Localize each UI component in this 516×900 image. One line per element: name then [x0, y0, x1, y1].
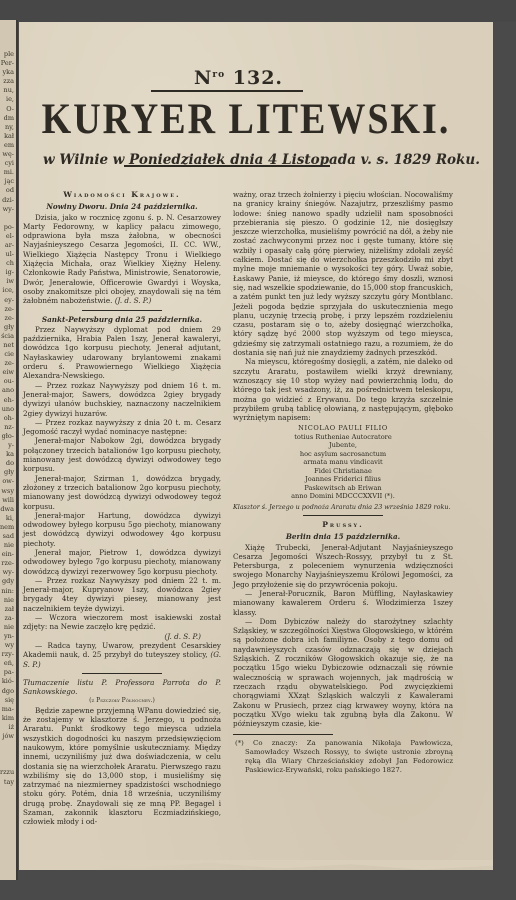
adjacent-page-line-fragment: rzy- [0, 650, 16, 659]
section-heading-domestic-news: Wiadomości Krajowe. [23, 190, 221, 199]
adjacent-page-line-fragment: wsy [0, 487, 16, 496]
adjacent-page-line-fragment: pa- [0, 668, 16, 677]
adjacent-page-line-fragment: wy- [0, 568, 16, 577]
adjacent-page-line-fragment: jów [0, 732, 16, 741]
adjacent-page-line-fragment: O- [0, 105, 16, 114]
adjacent-page-line-fragment: ig- [0, 268, 16, 277]
adjacent-page-line-fragment: gło- [0, 432, 16, 441]
adjacent-page-line-fragment: ey- [0, 296, 16, 305]
article-source: (J. d. S. P.) [23, 632, 221, 641]
adjacent-page-line-fragment: cie [0, 350, 16, 359]
footnote: (*) Co znaczy: Za panowania Nikołaja Paw… [233, 739, 453, 775]
adjacent-page-line-fragment: Per- [0, 59, 16, 68]
adjacent-page-line-fragment: wy [0, 641, 16, 650]
article-paragraph: Jenerał major, Pietrow 1, dowódzca dywiz… [23, 548, 221, 576]
adjacent-page-line-fragment: el- [0, 232, 16, 241]
adjacent-page-line-fragment: em [0, 141, 16, 150]
article-paragraph: Jenerał-major Nabokow 2gi, dowódzca bryg… [23, 436, 221, 473]
article-paragraph: Jenerał-major, Szirman 1, dowódzca bryga… [23, 474, 221, 511]
adjacent-page-line-fragment: ano [0, 386, 16, 395]
adjacent-page-line-fragment: ein- [0, 550, 16, 559]
adjacent-page-line-fragment: dm [0, 114, 16, 123]
adjacent-page-line-fragment: kał [0, 132, 16, 141]
adjacent-page-line-fragment: ze- [0, 314, 16, 323]
adjacent-page-line-fragment: yn- [0, 632, 16, 641]
adjacent-page-line-fragment: wę- [0, 150, 16, 159]
adjacent-page-line-fragment: mi. [0, 168, 16, 177]
article-paragraph: Jenerał-major Hartung, dowódzca dywizyi … [23, 511, 221, 548]
adjacent-page-line-fragment: nz- [0, 423, 16, 432]
article-paragraph: Xiążę Trubecki, Jenerał-Adjutant Nayjaśn… [233, 543, 453, 589]
article-paragraph: — Przez rozkaz Naywyższy pod dniem 22 t.… [23, 576, 221, 613]
adjacent-page-line-fragment: iż [0, 723, 16, 732]
adjacent-page-line-fragment: wy- [0, 205, 16, 214]
adjacent-page-line-fragment: nu, [0, 86, 16, 95]
adjacent-page-line-fragment: ka [0, 450, 16, 459]
adjacent-page-line-fragment: oh- [0, 414, 16, 423]
letter-location-date: Klasztor ś. Jerzego u podnoża Araratu dn… [233, 503, 453, 511]
adjacent-page-line-fragment: kim [0, 714, 16, 723]
article-paragraph: — Przez rozkaz naywyższy z dnia 20 t. m.… [23, 418, 221, 437]
adjacent-page-line-fragment [0, 750, 16, 759]
left-column: Wiadomości Krajowe. Nowiny Dworu. Dnia 2… [23, 190, 221, 827]
adjacent-page-line-fragment: nie [0, 623, 16, 632]
adjacent-page-line-fragment: ou- [0, 377, 16, 386]
adjacent-page-line-fragment: zza [0, 77, 16, 86]
adjacent-page-line-fragment: net [0, 341, 16, 350]
article-paragraph: — Dom Dybiczów należy do starożytney szl… [233, 617, 453, 729]
adjacent-page-line-fragment: jąc [0, 177, 16, 186]
article-paragraph: Na mieyscu, któregośmy dosięgli, a zatém… [233, 357, 453, 422]
adjacent-page-line-fragment: eh- [0, 396, 16, 405]
issue-number: Nro 132. [194, 67, 283, 89]
adjacent-page-line-fragment: ma- [0, 705, 16, 714]
adjacent-page-line-fragment: ze- [0, 359, 16, 368]
article-paragraph: — Jenerał-Porucznik, Baron Müffling, Nay… [233, 589, 453, 617]
article-dateline: Nowiny Dworu. Dnia 24 października. [23, 202, 221, 211]
adjacent-page-line-fragment: dgo [0, 687, 16, 696]
adjacent-page-line-fragment: się [0, 696, 16, 705]
letter-source: (z Pszczoły Północney.) [23, 696, 221, 705]
article-paragraph: — Radca tayny, Uwarow, prezydent Cesarsk… [23, 641, 221, 669]
article-dateline: Sankt-Petersburg dnia 25 października. [23, 315, 221, 324]
adjacent-page-line-fragment: ple [0, 50, 16, 59]
adjacent-page-line-fragment: do [0, 459, 16, 468]
adjacent-page-line-fragment: yka [0, 68, 16, 77]
adjacent-page-line-fragment: po- [0, 223, 16, 232]
adjacent-page-line-fragment: nin: [0, 587, 16, 596]
adjacent-page-line-fragment: ice, [0, 286, 16, 295]
article-paragraph: — Wczora wieczorem most isakiewski zosta… [23, 613, 221, 632]
adjacent-page-line-fragment: uno [0, 405, 16, 414]
adjacent-page-line-fragment: gły [0, 323, 16, 332]
adjacent-page-line-fragment: nem [0, 523, 16, 532]
adjacent-page-line-fragment: eiw [0, 368, 16, 377]
adjacent-page-line-fragment [0, 759, 16, 768]
newspaper-page: Nro 132. KURYER LITEWSKI. w Wilnie w Pon… [19, 22, 493, 870]
article-divider [82, 310, 162, 311]
adjacent-page-line-fragment: kió- [0, 677, 16, 686]
letter-title: Tłumaczenie listu P. Professora Parrota … [23, 678, 221, 697]
adjacent-page-line-fragment: ow- [0, 477, 16, 486]
adjacent-page-line-fragment [0, 214, 16, 223]
adjacent-page-line-fragment: tay [0, 778, 16, 787]
adjacent-page-line-fragment: ch [0, 259, 16, 268]
adjacent-page-text-fragments: plePer-ykazzanu,ie,O-dmny,kałemwę-cyimi.… [0, 20, 16, 787]
article-paragraph: Będzie zapewne przyjemną WPanu dowiedzie… [23, 706, 221, 827]
adjacent-page-line-fragment: ścia [0, 332, 16, 341]
adjacent-page-line-fragment: ar- [0, 241, 16, 250]
adjacent-page-line-fragment: gły [0, 468, 16, 477]
article-divider [303, 515, 383, 516]
adjacent-page-line-fragment: eń, [0, 659, 16, 668]
article-divider [82, 673, 162, 674]
article-paragraph: Przez Naywyższy dyplomat pod dniem 29 pa… [23, 325, 221, 381]
adjacent-page-line-fragment: ul- [0, 250, 16, 259]
adjacent-page-line-fragment: nie [0, 541, 16, 550]
adjacent-page-edge: plePer-ykazzanu,ie,O-dmny,kałemwę-cyimi.… [0, 20, 18, 880]
adjacent-page-line-fragment: zał [0, 605, 16, 614]
adjacent-page-line-fragment: ze- [0, 305, 16, 314]
adjacent-page-line-fragment: wili [0, 496, 16, 505]
adjacent-page-line-fragment: sad [0, 532, 16, 541]
cross-inscription: NICOLAO PAULI FILIO totius Rutheniae Aut… [233, 424, 453, 501]
adjacent-page-line-fragment: dwa [0, 505, 16, 514]
right-column: ważny, oraz trzech żołnierzy i pięciu wł… [233, 190, 453, 775]
adjacent-page-line-fragment: ie, [0, 95, 16, 104]
section-heading-prussia: Prussy. [233, 520, 453, 529]
adjacent-page-line-fragment: iw [0, 277, 16, 286]
adjacent-page-line-fragment: y- [0, 441, 16, 450]
masthead-rule-bottom [124, 165, 330, 167]
article-paragraph: ważny, oraz trzech żołnierzy i pięciu wł… [233, 190, 453, 357]
adjacent-page-line-fragment: rzzu [0, 768, 16, 777]
scan-background-top [0, 0, 516, 22]
adjacent-page-line-fragment: ny, [0, 123, 16, 132]
newspaper-title: KURYER LITEWSKI. [31, 94, 461, 145]
adjacent-page-line-fragment: ki, [0, 514, 16, 523]
adjacent-page-line-fragment: dzi- [0, 196, 16, 205]
article-paragraph: Dzisia, jako w rocznicę zgonu ś. p. N. C… [23, 213, 221, 306]
adjacent-page-line-fragment: od [0, 186, 16, 195]
adjacent-page-line-fragment: gdy [0, 577, 16, 586]
adjacent-page-line-fragment: rze- [0, 559, 16, 568]
footnote-rule [233, 734, 333, 735]
adjacent-page-line-fragment [0, 741, 16, 750]
adjacent-page-line-fragment: nie [0, 596, 16, 605]
adjacent-page-line-fragment: cyi [0, 159, 16, 168]
article-paragraph: — Przez rozkaz Naywyższy pod dniem 16 t.… [23, 381, 221, 418]
masthead-rule-top [151, 90, 303, 92]
adjacent-page-line-fragment: za- [0, 614, 16, 623]
article-dateline: Berlin dnia 15 października. [233, 532, 453, 541]
